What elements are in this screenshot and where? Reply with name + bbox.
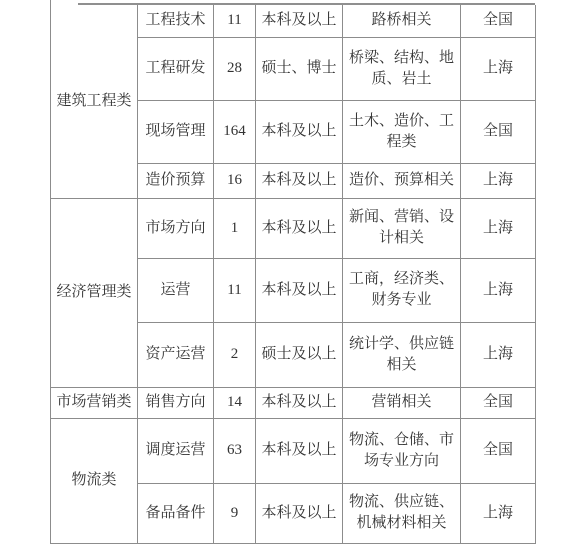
education-cell: 硕士、博士 — [256, 37, 343, 100]
education-cell: 本科及以上 — [256, 5, 343, 37]
position-cell: 造价预算 — [138, 163, 214, 198]
location-cell: 上海 — [461, 163, 536, 198]
location-cell: 上海 — [461, 258, 536, 322]
location-cell: 全国 — [461, 418, 536, 483]
major-cell: 物流、供应链、 机械材料相关 — [343, 483, 461, 543]
major-cell: 营销相关 — [343, 387, 461, 418]
position-cell: 资产运营 — [138, 322, 214, 387]
table-row: 经济管理类 市场方向 1 本科及以上 新闻、营销、设 计相关 上海 — [51, 198, 536, 258]
table-row: 建筑工程类 工程技术 11 本科及以上 路桥相关 全国 — [51, 5, 536, 37]
education-cell: 本科及以上 — [256, 100, 343, 163]
count-cell: 164 — [214, 100, 256, 163]
major-cell: 造价、预算相关 — [343, 163, 461, 198]
count-cell: 28 — [214, 37, 256, 100]
count-cell: 1 — [214, 198, 256, 258]
location-cell: 上海 — [461, 37, 536, 100]
count-cell: 9 — [214, 483, 256, 543]
education-cell: 硕士及以上 — [256, 322, 343, 387]
position-cell: 销售方向 — [138, 387, 214, 418]
position-cell: 运营 — [138, 258, 214, 322]
category-cell: 物流类 — [51, 418, 138, 543]
education-cell: 本科及以上 — [256, 418, 343, 483]
position-cell: 备品备件 — [138, 483, 214, 543]
count-cell: 2 — [214, 322, 256, 387]
position-cell: 调度运营 — [138, 418, 214, 483]
education-cell: 本科及以上 — [256, 163, 343, 198]
education-cell: 本科及以上 — [256, 198, 343, 258]
count-cell: 14 — [214, 387, 256, 418]
count-cell: 11 — [214, 258, 256, 322]
position-cell: 现场管理 — [138, 100, 214, 163]
document-page: 建筑工程类 工程技术 11 本科及以上 路桥相关 全国 工程研发 28 硕士、博… — [0, 0, 583, 551]
position-cell: 工程技术 — [138, 5, 214, 37]
table-row: 物流类 调度运营 63 本科及以上 物流、仓储、市 场专业方向 全国 — [51, 418, 536, 483]
position-cell: 市场方向 — [138, 198, 214, 258]
major-cell: 土木、造价、工 程类 — [343, 100, 461, 163]
location-cell: 全国 — [461, 387, 536, 418]
count-cell: 16 — [214, 163, 256, 198]
count-cell: 11 — [214, 5, 256, 37]
category-cell: 建筑工程类 — [51, 5, 138, 198]
location-cell: 上海 — [461, 198, 536, 258]
major-cell: 物流、仓储、市 场专业方向 — [343, 418, 461, 483]
major-cell: 新闻、营销、设 计相关 — [343, 198, 461, 258]
major-cell: 统计学、供应链 相关 — [343, 322, 461, 387]
position-cell: 工程研发 — [138, 37, 214, 100]
category-cell: 市场营销类 — [51, 387, 138, 418]
education-cell: 本科及以上 — [256, 483, 343, 543]
location-cell: 全国 — [461, 5, 536, 37]
major-cell: 工商，经济类、 财务专业 — [343, 258, 461, 322]
major-cell: 桥梁、结构、地 质、岩土 — [343, 37, 461, 100]
category-cell: 经济管理类 — [51, 198, 138, 387]
location-cell: 上海 — [461, 483, 536, 543]
recruitment-table: 建筑工程类 工程技术 11 本科及以上 路桥相关 全国 工程研发 28 硕士、博… — [50, 5, 536, 544]
count-cell: 63 — [214, 418, 256, 483]
education-cell: 本科及以上 — [256, 258, 343, 322]
location-cell: 上海 — [461, 322, 536, 387]
location-cell: 全国 — [461, 100, 536, 163]
table-row: 市场营销类 销售方向 14 本科及以上 营销相关 全国 — [51, 387, 536, 418]
education-cell: 本科及以上 — [256, 387, 343, 418]
major-cell: 路桥相关 — [343, 5, 461, 37]
